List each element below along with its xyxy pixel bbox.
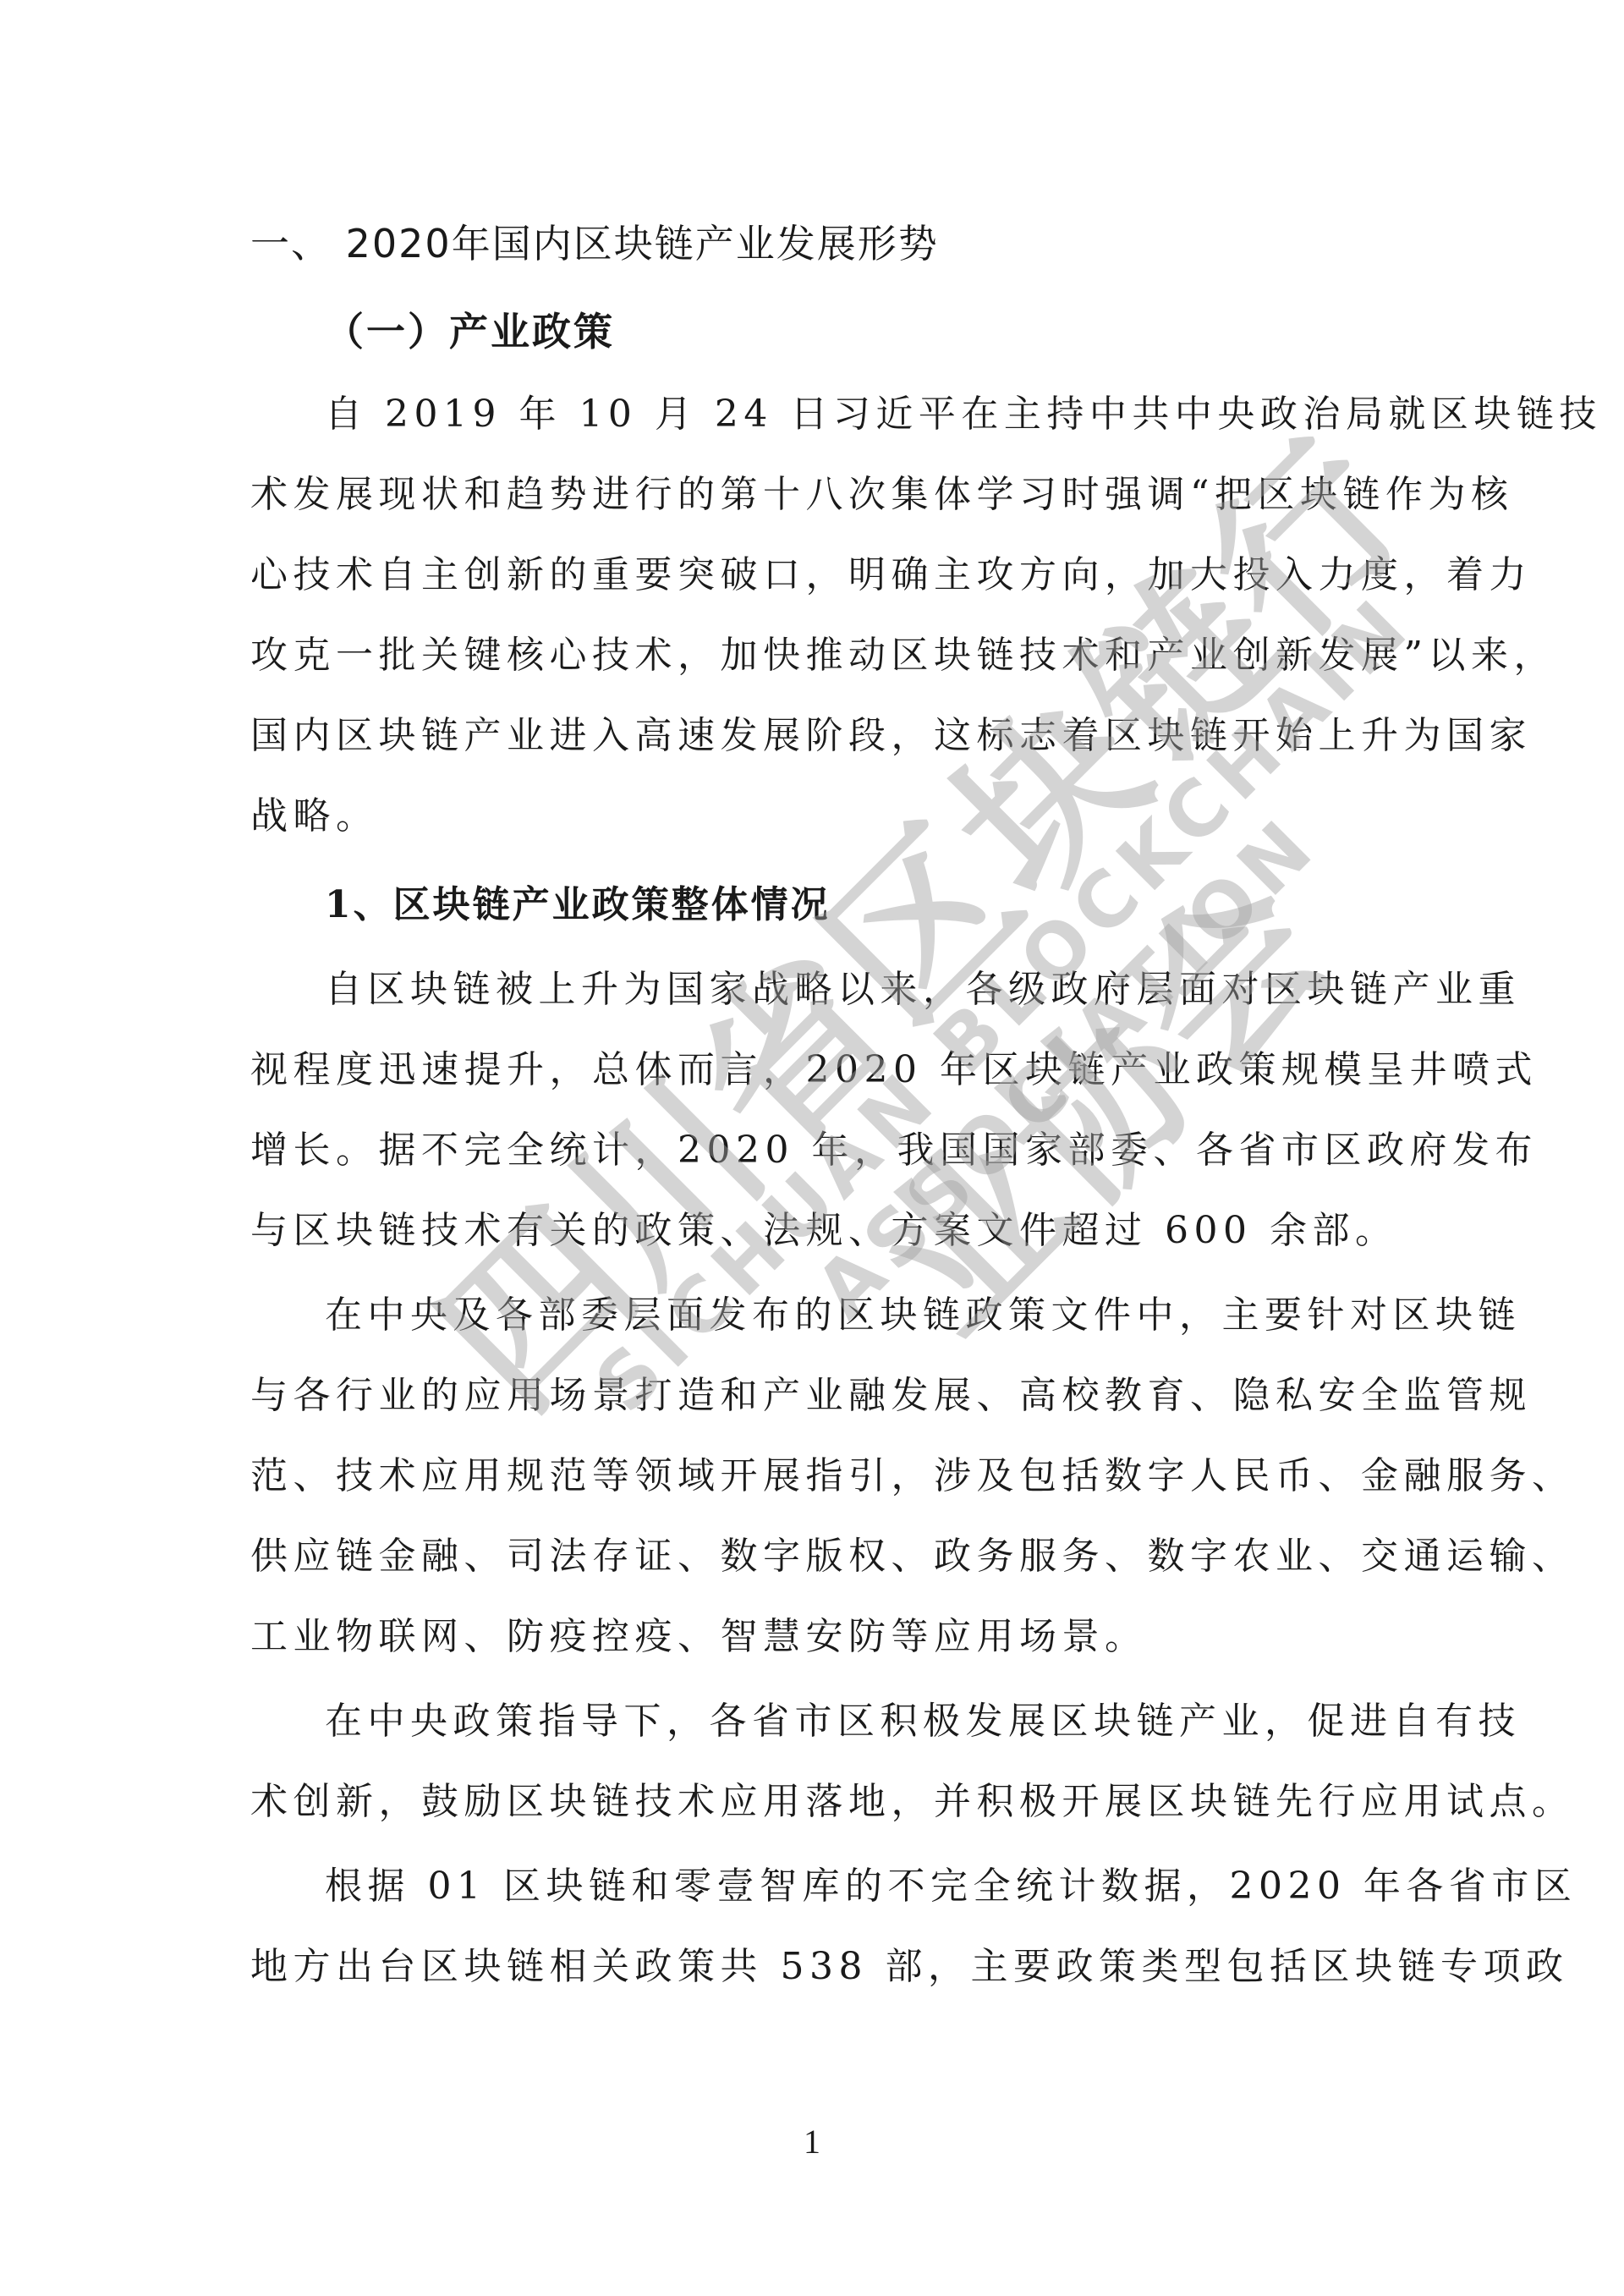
paragraph4-line: 在中央政策指导下，各省市区积极发展区块链产业，促进自有技 <box>325 1696 1384 1747</box>
paragraph2-line: 增长。据不完全统计，2020 年，我国国家部委、各省市区政府发布 <box>250 1125 1384 1176</box>
page-number: 1 <box>0 2122 1624 2161</box>
paragraph1-line: 攻克一批关键核心技术，加快推动区块链技术和产业创新发展”以来， <box>250 630 1384 681</box>
paragraph3-line: 在中央及各部委层面发布的区块链政策文件中，主要针对区块链 <box>325 1290 1384 1341</box>
paragraph1-line: 心技术自主创新的重要突破口，明确主攻方向，加大投入力度，着力 <box>250 550 1384 601</box>
paragraph3-line: 范、技术应用规范等领域开展指引，涉及包括数字人民币、金融服务、 <box>250 1451 1384 1502</box>
paragraph3-line: 工业物联网、防疫控疫、智慧安防等应用场景。 <box>250 1612 1384 1662</box>
document-page: 一、 2020年国内区块链产业发展形势 （一）产业政策 自 2019 年 10 … <box>0 0 1624 2296</box>
paragraph2-line: 与区块链技术有关的政策、法规、方案文件超过 600 余部。 <box>250 1206 1384 1256</box>
paragraph5-line: 根据 01 区块链和零壹智库的不完全统计数据，2020 年各省市区 <box>325 1861 1384 1912</box>
paragraph3-line: 与各行业的应用场景打造和产业融发展、高校教育、隐私安全监管规 <box>250 1370 1384 1421</box>
heading-level3: 1、区块链产业政策整体情况 <box>325 880 1384 931</box>
paragraph2-line: 视程度迅速提升，总体而言，2020 年区块链产业政策规模呈井喷式 <box>250 1045 1384 1096</box>
paragraph2-line: 自区块链被上升为国家战略以来，各级政府层面对区块链产业重 <box>325 964 1384 1015</box>
paragraph3-line: 供应链金融、司法存证、数字版权、政务服务、数字农业、交通运输、 <box>250 1531 1384 1582</box>
paragraph1-line: 战略。 <box>250 791 1384 842</box>
heading-level1: 一、 2020年国内区块链产业发展形势 <box>250 218 1384 269</box>
paragraph1-line: 术发展现状和趋势进行的第十八次集体学习时强调“把区块链作为核 <box>250 470 1384 520</box>
heading-level2: （一）产业政策 <box>325 306 1384 357</box>
paragraph4-line: 术创新，鼓励区块链技术应用落地，并积极开展区块链先行应用试点。 <box>250 1777 1384 1827</box>
paragraph5-line: 地方出台区块链相关政策共 538 部，主要政策类型包括区块链专项政 <box>250 1942 1384 1992</box>
paragraph1-line: 自 2019 年 10 月 24 日习近平在主持中共中央政治局就区块链技 <box>325 389 1384 440</box>
paragraph1-line: 国内区块链产业进入高速发展阶段，这标志着区块链开始上升为国家 <box>250 711 1384 761</box>
